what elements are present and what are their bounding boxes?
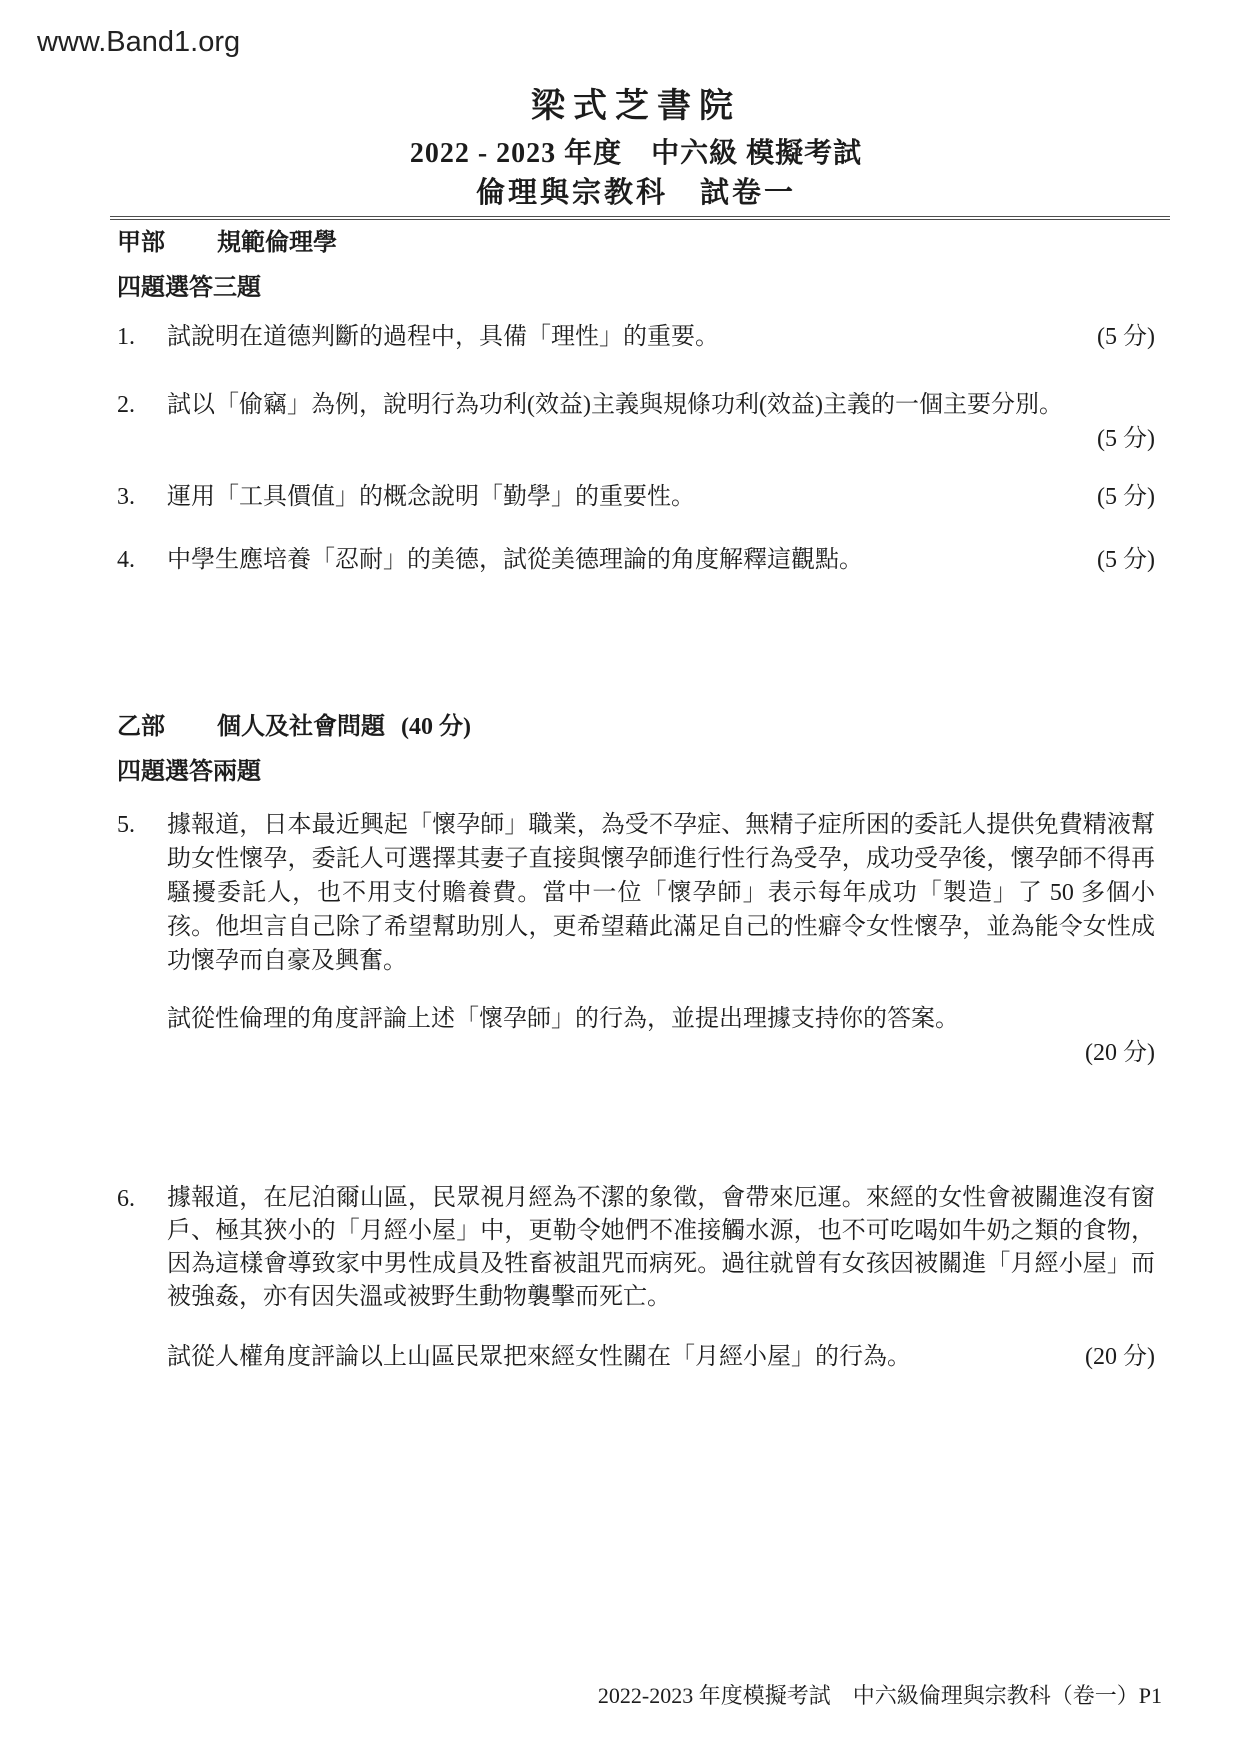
section-b-title: 個人及社會問題 bbox=[217, 714, 385, 740]
question-5: 5. 據報道，日本最近興起「懷孕師」職業，為受不孕症、無精子症所困的委託人提供免… bbox=[117, 808, 1155, 978]
section-a-heading: 甲部規範倫理學 bbox=[117, 228, 1155, 258]
question-6-task-row: 試從人權角度評論以上山區民眾把來經女性關在「月經小屋」的行為。 (20 分) bbox=[167, 1340, 1155, 1374]
question-6-body: 據報道，在尼泊爾山區，民眾視月經為不潔的象徵，會帶來厄運。來經的女性會被關進沒有… bbox=[167, 1182, 1155, 1314]
question-2-number: 2. bbox=[117, 388, 167, 422]
section-a-title: 規範倫理學 bbox=[217, 230, 337, 256]
exam-paper-page: www.Band1.org 梁式芝書院 2022 - 2023 年度 中六級 模… bbox=[0, 0, 1240, 1754]
question-3: 3. 運用「工具價值」的概念說明「勤學」的重要性。 (5 分) bbox=[117, 480, 1155, 514]
question-3-text: 運用「工具價值」的概念說明「勤學」的重要性。 bbox=[167, 480, 1085, 514]
school-name: 梁式芝書院 bbox=[117, 86, 1155, 128]
question-2-marks: (5 分) bbox=[117, 422, 1155, 456]
question-1-number: 1. bbox=[117, 320, 167, 354]
question-4-marks: (5 分) bbox=[1085, 543, 1155, 577]
question-5-task-row: 試從性倫理的角度評論上述「懷孕師」的行為，並提出理據支持你的答案。 bbox=[167, 1002, 1155, 1036]
section-a-label: 甲部 bbox=[117, 228, 165, 258]
question-2: 2. 試以「偷竊」為例，說明行為功利(效益)主義與規條功利(效益)主義的一個主要… bbox=[117, 388, 1155, 422]
question-3-number: 3. bbox=[117, 480, 167, 514]
question-6-task: 試從人權角度評論以上山區民眾把來經女性關在「月經小屋」的行為。 bbox=[167, 1340, 1073, 1374]
section-a-instruction: 四題選答三題 bbox=[117, 272, 1155, 304]
subject-title: 倫理與宗教科 試卷一 bbox=[117, 174, 1155, 212]
question-4-number: 4. bbox=[117, 543, 167, 577]
exam-title: 2022 - 2023 年度 中六級 模擬考試 bbox=[117, 136, 1155, 172]
watermark-url: www.Band1.org bbox=[37, 26, 240, 59]
section-b-marks: (40 分) bbox=[401, 714, 471, 740]
paper-header: 梁式芝書院 2022 - 2023 年度 中六級 模擬考試 倫理與宗教科 試卷一 bbox=[117, 86, 1155, 212]
section-b-instruction: 四題選答兩題 bbox=[117, 756, 1155, 788]
question-1-text: 試說明在道德判斷的過程中，具備「理性」的重要。 bbox=[167, 320, 1085, 354]
header-divider bbox=[110, 216, 1170, 220]
page-content: 梁式芝書院 2022 - 2023 年度 中六級 模擬考試 倫理與宗教科 試卷一… bbox=[0, 86, 1240, 1374]
section-b-heading: 乙部個人及社會問題(40 分) bbox=[117, 712, 1155, 742]
question-5-marks: (20 分) bbox=[117, 1036, 1155, 1070]
question-1-marks: (5 分) bbox=[1085, 320, 1155, 354]
question-5-body: 據報道，日本最近興起「懷孕師」職業，為受不孕症、無精子症所困的委託人提供免費精液… bbox=[167, 808, 1155, 978]
question-6: 6. 據報道，在尼泊爾山區，民眾視月經為不潔的象徵，會帶來厄運。來經的女性會被關… bbox=[117, 1182, 1155, 1314]
question-4-text: 中學生應培養「忍耐」的美德，試從美德理論的角度解釋這觀點。 bbox=[167, 543, 1085, 577]
question-1: 1. 試說明在道德判斷的過程中，具備「理性」的重要。 (5 分) bbox=[117, 320, 1155, 354]
question-5-task: 試從性倫理的角度評論上述「懷孕師」的行為，並提出理據支持你的答案。 bbox=[167, 1002, 1155, 1036]
section-b-label: 乙部 bbox=[117, 712, 165, 742]
question-3-marks: (5 分) bbox=[1085, 480, 1155, 514]
question-4: 4. 中學生應培養「忍耐」的美德，試從美德理論的角度解釋這觀點。 (5 分) bbox=[117, 543, 1155, 577]
question-5-number: 5. bbox=[117, 808, 167, 842]
question-2-text: 試以「偷竊」為例，說明行為功利(效益)主義與規條功利(效益)主義的一個主要分別。 bbox=[167, 388, 1155, 422]
page-footer: 2022-2023 年度模擬考試 中六級倫理與宗教科（卷一）P1 bbox=[598, 1682, 1162, 1710]
question-6-number: 6. bbox=[117, 1182, 167, 1216]
question-6-marks: (20 分) bbox=[1073, 1340, 1155, 1374]
